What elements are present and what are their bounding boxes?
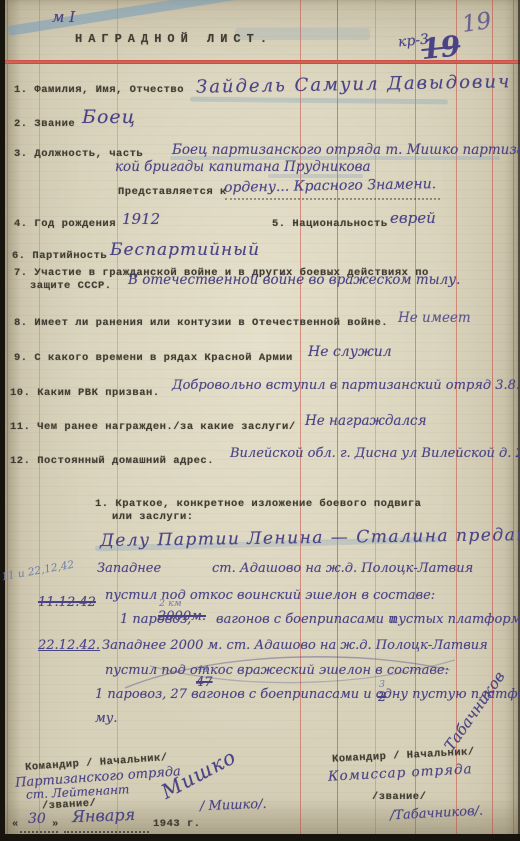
feat-line3-text2: вагонов с боеприпасами и bbox=[216, 612, 397, 627]
date-day: 30 bbox=[28, 811, 46, 827]
award-sheet-document: м I НАГРАДНОЙ ЛИСТ. 19 19 кр-3 1. Фамили… bbox=[0, 0, 520, 841]
feat-heading-line1: 1. Краткое, конкретное изложение боевого… bbox=[95, 498, 421, 510]
present-value: ордену... Красного Знамени. bbox=[224, 176, 436, 196]
date-quote-open: « bbox=[12, 818, 19, 830]
ruled-line bbox=[300, 0, 301, 834]
right-rank-label: /звание/ bbox=[372, 791, 426, 803]
field-5-value: еврей bbox=[390, 209, 436, 227]
field-12-value: Вилейской обл. г. Дисна ул Вилейской д. … bbox=[230, 446, 520, 461]
dotted-line bbox=[64, 830, 149, 833]
field-5-label: 5. Национальность bbox=[272, 218, 388, 230]
field-10-label: 10. Каким РВК призван. bbox=[10, 387, 160, 399]
registry-mark: кр-3 bbox=[397, 31, 429, 50]
document-title: НАГРАДНОЙ ЛИСТ. bbox=[75, 32, 273, 46]
field-8-value: Не имеет bbox=[398, 310, 471, 326]
feat-line7: му. bbox=[95, 711, 117, 726]
ruled-line bbox=[456, 0, 457, 834]
field-9-value: Не служил bbox=[308, 344, 392, 360]
feat-line4-date: 22.12.42. bbox=[38, 638, 100, 653]
field-3-value-line2: кой бригады капитана Прудникова bbox=[115, 159, 371, 175]
right-signer-name: /Табачников/. bbox=[390, 804, 484, 824]
present-label: Представляется к bbox=[118, 186, 227, 198]
date-year: 1943 г. bbox=[153, 818, 201, 830]
field-2-value: Боец bbox=[82, 106, 136, 128]
corner-mark: м I bbox=[52, 8, 75, 26]
field-7-label-line2: защите СССР. bbox=[30, 280, 112, 292]
ruled-line bbox=[513, 0, 514, 834]
field-8-label: 8. Имеет ли ранения или контузии в Отече… bbox=[14, 317, 388, 329]
date-month: Января bbox=[72, 805, 136, 826]
feat-line1-text1: Западнее bbox=[97, 561, 161, 576]
field-10-value: Добровольно вступил в партизанский отряд… bbox=[172, 378, 520, 393]
feat-line1-text2: ст. Адашово на ж.д. Полоцк-Латвия bbox=[212, 561, 473, 576]
field-1-value: Зайдель Самуил Давыдович bbox=[196, 71, 512, 97]
blue-pencil-stroke bbox=[7, 0, 244, 36]
feat-heading-line2: или заслуги: bbox=[112, 511, 194, 523]
field-6-value: Беспартийный bbox=[110, 240, 260, 260]
feat-line3-text3: пустых платформы. bbox=[390, 612, 520, 627]
date-quote-close: » bbox=[52, 818, 59, 830]
dotted-line bbox=[20, 830, 58, 833]
ruled-line bbox=[7, 0, 8, 834]
field-11-value: Не награждался bbox=[305, 413, 427, 429]
field-4-label: 4. Год рождения bbox=[14, 218, 116, 230]
field-12-label: 12. Постоянный домашний адрес. bbox=[10, 455, 214, 467]
field-11-label: 11. Чем ранее награжден./за какие заслуг… bbox=[10, 421, 296, 433]
feat-line2: пустил под откос воинский эшелон в соста… bbox=[105, 588, 435, 603]
scan-edge-bottom bbox=[0, 834, 520, 841]
feat-line3-text1: 1 паровоз, bbox=[120, 612, 191, 627]
feat-line6: 1 паровоз, 27 вагонов с боеприпасами и о… bbox=[95, 687, 520, 702]
field-4-value: 1912 bbox=[122, 210, 160, 228]
field-2-label: 2. Звание bbox=[14, 118, 75, 130]
dotted-line bbox=[225, 197, 440, 200]
scan-edge-left bbox=[0, 0, 5, 841]
ruled-line bbox=[492, 0, 493, 834]
field-9-label: 9. С какого времени в рядах Красной Арми… bbox=[14, 352, 293, 364]
field-6-label: 6. Партийность bbox=[12, 250, 107, 262]
margin-note: 11 и 22,12,42 bbox=[1, 559, 76, 584]
blue-underline bbox=[190, 97, 448, 105]
page-number: 19 bbox=[460, 8, 493, 38]
field-3-value-line1: Боец партизанского отряда т. Мишко парти… bbox=[172, 142, 520, 158]
field-7-value: В отечественной войне во вражеском тылу. bbox=[128, 272, 460, 288]
left-signer-name: / Мишко/. bbox=[200, 797, 267, 814]
field-1-label: 1. Фамилия, Имя, Отчество bbox=[14, 84, 184, 96]
